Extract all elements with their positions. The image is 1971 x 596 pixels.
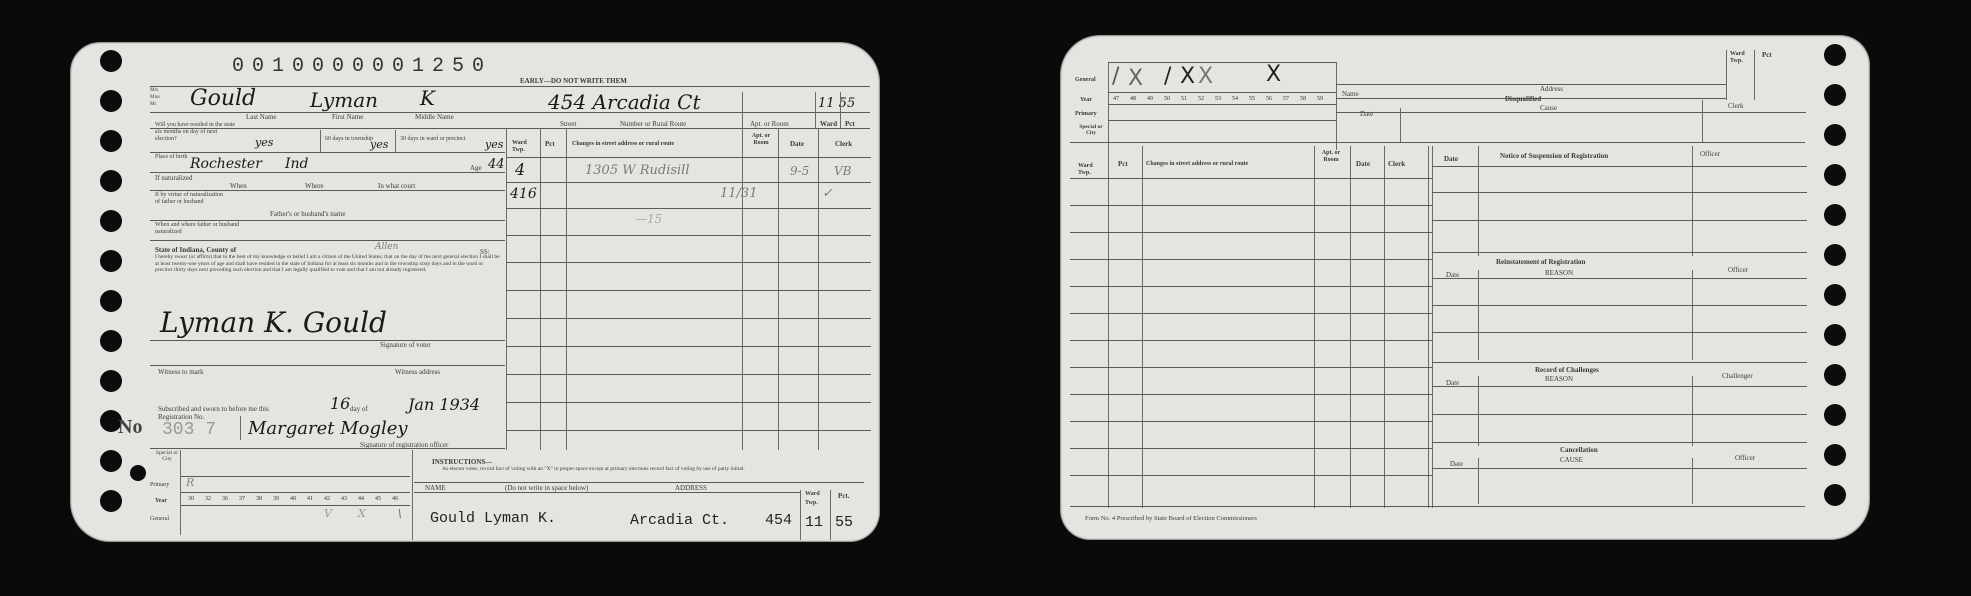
- instructions-text: As elector votes, record fact of voting …: [442, 466, 842, 473]
- back-year-49: 49: [1147, 96, 1153, 102]
- naturalized-where-label: Where: [305, 182, 324, 190]
- back-name-label: Name: [1342, 90, 1359, 98]
- naturalized-label: If naturalized: [155, 174, 193, 182]
- year-40: 40: [290, 496, 296, 502]
- back-row-special: Special or City: [1078, 124, 1104, 136]
- ward-label: Ward: [820, 120, 837, 128]
- father-name-label: Father's or husband's name: [270, 210, 345, 218]
- registration-card-back: [1060, 35, 1870, 540]
- form-footer: Form No. 4 Prescribed by State Board of …: [1085, 515, 1257, 523]
- change-row2-ward: 416: [510, 186, 537, 202]
- year-46: 46: [392, 496, 398, 502]
- vote-row-year: Year: [155, 497, 167, 505]
- stub-name-label: NAME: [425, 484, 446, 492]
- challenges-reason-label: REASON: [1545, 375, 1573, 383]
- col-clerk: Clerk: [835, 140, 852, 148]
- back-ward-label: Ward Twp.: [1730, 51, 1752, 65]
- back-year-56: 56: [1266, 96, 1272, 102]
- ward-pct-top-value: 11 55: [818, 96, 855, 111]
- back-mark-47: /: [1112, 64, 1119, 89]
- stub-address-label: ADDRESS: [675, 484, 707, 492]
- change-row1-clerk: VB: [834, 164, 851, 178]
- change-row1-date: 9-5: [790, 164, 809, 178]
- suspension-officer-label: Officer: [1700, 150, 1720, 158]
- general-mark-42: V: [324, 507, 332, 520]
- back-mark-48: X: [1128, 66, 1143, 91]
- year-41: 41: [307, 496, 313, 502]
- change-row2-date: 11/31: [720, 186, 757, 201]
- sworn-day-value: 16: [330, 394, 350, 413]
- col-ward: Ward Twp.: [512, 140, 534, 154]
- last-name-value: Gould: [190, 86, 256, 111]
- registration-no-prefix: No: [118, 416, 142, 438]
- reinstatement-reason-label: REASON: [1545, 269, 1573, 277]
- stub-typed-number: 454: [765, 512, 792, 529]
- street-label: Street: [560, 120, 576, 128]
- witness-address-label: Witness address: [395, 368, 440, 376]
- residency-q2-label: 60 days in township: [325, 136, 375, 143]
- back-cause-label: Cause: [1540, 104, 1557, 112]
- sworn-day-label: day of: [350, 405, 368, 413]
- year-42: 42: [324, 496, 330, 502]
- birth-label: Place of birth: [155, 154, 195, 161]
- general-mark-44: X: [358, 507, 366, 520]
- year-32: 32: [205, 496, 211, 502]
- cancellation-title: Cancellation: [1560, 446, 1598, 454]
- birth-state-value: Ind: [285, 156, 309, 172]
- stub-note: (Do not write in space below): [505, 484, 588, 492]
- cancellation-officer-label: Officer: [1735, 454, 1755, 462]
- back-mark-50: /: [1164, 64, 1171, 89]
- back-col-apt: Apt. or Room: [1318, 150, 1344, 164]
- header-note: EARLY—DO NOT WRITE THEM: [520, 77, 627, 85]
- salutation-mr: Mr: [150, 101, 156, 109]
- year-45: 45: [375, 496, 381, 502]
- number-label: Number or Rural Route: [620, 120, 686, 128]
- challenges-title: Record of Challenges: [1535, 366, 1599, 374]
- residency-q3-value: yes: [485, 138, 503, 151]
- col-date: Date: [790, 140, 804, 148]
- reinstatement-title: Reinstatement of Registration: [1496, 258, 1585, 266]
- witness-mark-label: Witness to mark: [158, 368, 204, 376]
- back-col-date: Date: [1356, 160, 1370, 168]
- reinstatement-officer-label: Officer: [1728, 266, 1748, 274]
- serial-number: 0010000001250: [232, 55, 492, 78]
- back-col-clerk: Clerk: [1388, 160, 1405, 168]
- back-col-pct: Pct: [1118, 160, 1128, 168]
- challenges-challenger-label: Challenger: [1722, 372, 1753, 380]
- stub-typed-address: Arcadia Ct.: [630, 512, 729, 529]
- apt-label: Apt. or Room: [750, 120, 789, 128]
- change-row3-address: —15: [635, 212, 662, 226]
- residency-q1-label: Will you have resided in the state six m…: [155, 122, 240, 143]
- general-mark-46: \: [398, 507, 402, 520]
- primary-mark: R: [186, 476, 194, 489]
- cancellation-date-label: Date: [1450, 460, 1463, 468]
- back-col-changes: Changes in street address or rural route: [1146, 160, 1248, 168]
- first-name-label: First Name: [332, 113, 363, 121]
- back-year-59: 59: [1317, 96, 1323, 102]
- middle-name-label: Middle Name: [415, 113, 454, 121]
- stub-typed-name: Gould Lyman K.: [430, 510, 556, 527]
- pct-label: Pct: [845, 120, 855, 128]
- street-address-value: 454 Arcadia Ct: [548, 90, 700, 114]
- vote-row-special: Special or City: [152, 450, 182, 462]
- change-row1-address: 1305 W Rudisill: [585, 163, 690, 178]
- naturalized-court-label: In what court: [378, 182, 415, 190]
- age-label: Age: [470, 164, 482, 172]
- back-pct-label: Pct: [1762, 51, 1772, 59]
- signature-label: Signature of voter: [380, 341, 431, 349]
- oath-heading: State of Indiana, County of: [155, 246, 236, 254]
- change-row2-clerk: ✓: [822, 186, 833, 201]
- back-year-47: 47: [1113, 96, 1119, 102]
- back-year-54: 54: [1232, 96, 1238, 102]
- back-year-58: 58: [1300, 96, 1306, 102]
- registration-number: 303 7: [162, 420, 216, 440]
- birth-place-value: Rochester: [190, 156, 262, 172]
- change-row1-ward: 4: [515, 160, 525, 179]
- last-name-label: Last Name: [246, 113, 277, 121]
- residency-q3-label: 30 days in ward or precinct: [400, 136, 470, 143]
- year-43: 43: [341, 496, 347, 502]
- back-mark-52: X: [1198, 64, 1213, 89]
- stub-typed-ward: 11: [805, 514, 823, 531]
- back-year-50: 50: [1164, 96, 1170, 102]
- oath-text: I hereby swear (or affirm) that to the b…: [155, 254, 500, 274]
- instructions-title: INSTRUCTIONS—: [432, 458, 492, 466]
- back-row-general: General: [1075, 76, 1096, 84]
- col-changes: Changes in street address or rural route: [572, 140, 674, 148]
- officer-signature: Margaret Mogley: [248, 418, 408, 439]
- oath-county-value: Allen: [375, 242, 398, 252]
- back-row-year: Year: [1080, 96, 1092, 104]
- residency-q1-value: yes: [255, 136, 273, 149]
- age-value: 44: [488, 157, 505, 172]
- vote-row-primary: Primary: [150, 481, 169, 489]
- suspension-title: Notice of Suspension of Registration: [1500, 152, 1608, 160]
- back-mark-51: X: [1180, 64, 1195, 89]
- back-disqualified-label: Disqualified: [1505, 95, 1541, 103]
- back-year-51: 51: [1181, 96, 1187, 102]
- back-year-53: 53: [1215, 96, 1221, 102]
- back-year-55: 55: [1249, 96, 1255, 102]
- sworn-label: Subscribed and sworn to before me this: [158, 405, 269, 413]
- back-row-primary: Primary: [1075, 110, 1097, 118]
- year-38: 38: [256, 496, 262, 502]
- year-44: 44: [358, 496, 364, 502]
- year-30: 30: [188, 496, 194, 502]
- first-name-value: Lyman: [310, 88, 378, 112]
- middle-name-value: K: [420, 86, 435, 110]
- residency-q2-value: yes: [370, 138, 388, 151]
- back-mark-56: X: [1266, 62, 1281, 87]
- vote-row-general: General: [150, 515, 169, 523]
- stub-ward-label: Ward Twp.: [805, 490, 825, 508]
- back-address-label: Address: [1540, 85, 1563, 93]
- year-37: 37: [239, 496, 245, 502]
- suspension-date-label: Date: [1444, 155, 1458, 163]
- back-year-52: 52: [1198, 96, 1204, 102]
- back-clerk-label: Clerk: [1728, 102, 1744, 110]
- cancellation-cause-label: CAUSE: [1560, 456, 1583, 464]
- father-naturalized-label: When and where father or husband natural…: [155, 222, 250, 236]
- naturalization-virtue-label: If by virtue of naturalization of father…: [155, 192, 225, 206]
- stub-typed-pct: 55: [835, 514, 853, 531]
- sworn-month-year-value: Jan 1934: [408, 395, 480, 414]
- back-year-48: 48: [1130, 96, 1136, 102]
- col-apt: Apt. or Room: [748, 133, 774, 147]
- year-39: 39: [273, 496, 279, 502]
- back-col-ward: Ward Twp.: [1078, 163, 1100, 177]
- naturalized-when-label: When: [230, 182, 247, 190]
- year-36: 36: [222, 496, 228, 502]
- voter-signature: Lyman K. Gould: [160, 306, 387, 339]
- col-pct: Pct: [545, 140, 555, 148]
- back-year-57: 57: [1283, 96, 1289, 102]
- stub-pct-label: Pct.: [838, 492, 849, 500]
